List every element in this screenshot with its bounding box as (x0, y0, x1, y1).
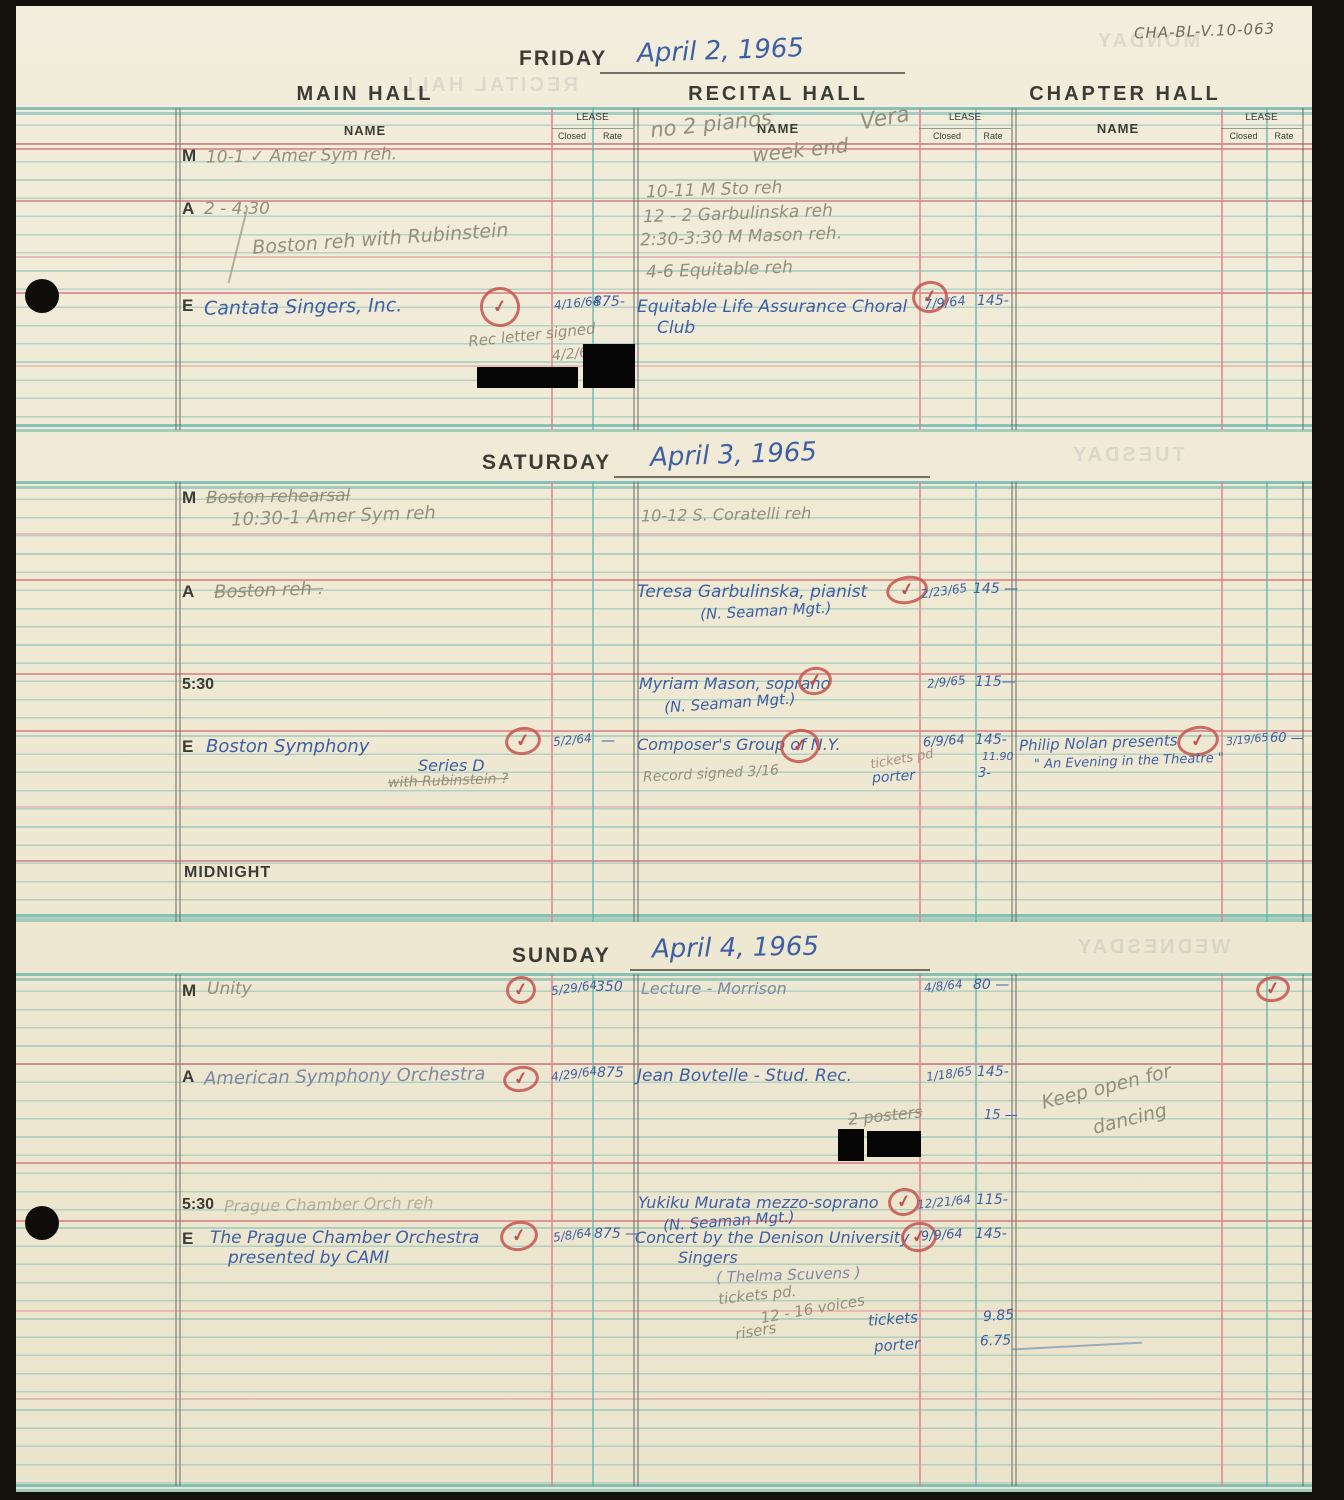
column-rule (1266, 974, 1268, 1486)
lease-closed-date: 9/9/64 (921, 1227, 964, 1245)
row-label-morning: M (182, 488, 196, 508)
lease-header-rule (552, 128, 633, 129)
column-rule (179, 482, 181, 922)
section-border (16, 973, 1312, 976)
entry-handwriting: Unity (207, 979, 252, 999)
column-rule (592, 482, 594, 922)
hall-header-recital: RECITAL HALL (637, 83, 919, 106)
row-divider (16, 1398, 1312, 1400)
entry-handwriting: Equitable Life Assurance Choral (637, 297, 907, 317)
column-rule (1011, 482, 1013, 922)
row-label-afternoon: A (182, 582, 194, 602)
day-title-friday: FRIDAY (519, 47, 607, 71)
lease-rate: 145 — (973, 581, 1018, 597)
closed-column-header: Closed (919, 131, 975, 141)
section-border (16, 914, 1312, 917)
redaction-box (477, 367, 578, 388)
rate-column-header: Rate (1266, 131, 1302, 141)
rate-column-header: Rate (975, 131, 1011, 141)
column-rule (175, 974, 177, 1486)
column-rule (919, 108, 921, 430)
row-divider (16, 1063, 1312, 1065)
date-underline (614, 476, 930, 478)
entry-handwriting: Teresa Garbulinska, pianist (637, 582, 867, 602)
column-rule (1302, 482, 1304, 922)
lease-header-rule (1221, 128, 1302, 129)
section-border (16, 424, 1312, 427)
row-divider (16, 1310, 1312, 1312)
section-border (16, 1484, 1312, 1487)
lease-rate: 145- (975, 1226, 1007, 1242)
column-rule (1221, 108, 1223, 430)
row-label-530: 5:30 (182, 1196, 214, 1214)
date-underline (600, 72, 905, 74)
entry-handwriting: 10-1 ✓ Amer Sym reh. (206, 144, 397, 167)
entry-note: porter (873, 1334, 920, 1355)
lease-rate: 145- (975, 732, 1007, 748)
lease-rate-extra: 15 — (984, 1108, 1018, 1123)
column-rule (1011, 974, 1013, 1486)
row-label-530: 5:30 (182, 676, 214, 694)
hall-header-chapter: CHAPTER HALL (1015, 83, 1235, 106)
row-divider (16, 806, 1312, 808)
lease-column-header: LEASE (919, 112, 1011, 123)
column-rule (975, 108, 977, 430)
column-rule (551, 482, 553, 922)
column-rule (1015, 974, 1017, 1486)
row-label-afternoon: A (182, 199, 194, 219)
closed-column-header: Closed (1221, 131, 1266, 141)
lease-rate: 145- (977, 293, 1009, 309)
lease-rate: 80 — (973, 977, 1009, 993)
entry-handwriting: Boston Symphony (206, 736, 369, 757)
row-divider (16, 256, 1312, 258)
column-rule (179, 974, 181, 1486)
day-title-sunday: SUNDAY (512, 944, 611, 968)
entry-handwriting: 10-12 S. Coratelli reh (641, 504, 812, 526)
entry-handwriting: Club (657, 318, 695, 338)
column-rule (179, 108, 181, 430)
row-divider (16, 730, 1312, 732)
row-divider (16, 292, 1312, 294)
redaction-box (583, 344, 635, 388)
entry-handwriting: Concert by the Denison University (635, 1228, 910, 1247)
lease-rate: 60 — (1270, 731, 1304, 746)
bleed-through-text: TUESDAY (1070, 444, 1185, 467)
fee-amount: 9.85 (982, 1307, 1014, 1325)
entry-handwriting: Cantata Singers, Inc. (204, 294, 403, 319)
column-rule (637, 482, 639, 922)
row-label-midnight: MIDNIGHT (184, 864, 271, 882)
entry-struck: Boston rehearsal (206, 486, 351, 509)
row-label-afternoon: A (182, 1067, 194, 1087)
lease-header-rule (919, 128, 1011, 129)
lease-closed-date: 6/9/64 (923, 733, 966, 751)
fee-amount: 6.75 (980, 1332, 1012, 1349)
entry-handwriting: presented by CAMI (228, 1248, 389, 1268)
lease-rate-extra: 3- (978, 766, 991, 781)
redaction-box (838, 1129, 864, 1161)
column-rule (1266, 482, 1268, 922)
row-divider (16, 1162, 1312, 1164)
column-rule (919, 482, 921, 922)
row-label-evening: E (182, 1229, 193, 1249)
lease-rate: 350 (596, 979, 623, 995)
row-label-morning: M (182, 146, 196, 166)
lease-rate: 875 (597, 1065, 624, 1081)
lease-column-header: LEASE (1221, 112, 1302, 123)
entry-handwriting: Lecture - Morrison (641, 979, 787, 998)
column-rule (637, 108, 639, 430)
entry-note: tickets (867, 1308, 918, 1329)
column-rule (175, 482, 177, 922)
column-rule (975, 482, 977, 922)
entry-handwriting: The Prague Chamber Orchestra (210, 1228, 479, 1248)
day-date-saturday: April 3, 1965 (650, 437, 818, 473)
column-rule (1221, 974, 1223, 1486)
column-rule (1302, 974, 1304, 1486)
row-divider (16, 579, 1312, 581)
redaction-box (867, 1131, 921, 1157)
column-rule (1221, 482, 1223, 922)
column-rule (1015, 108, 1017, 430)
entry-handwriting: Jean Bovtelle - Stud. Rec. (637, 1066, 852, 1086)
hall-header-main: MAIN HALL (179, 83, 551, 106)
column-rule (1302, 108, 1304, 430)
entry-struck: Boston reh . (214, 578, 324, 603)
row-divider (16, 365, 1312, 367)
name-column-header: NAME (179, 123, 551, 138)
day-date-friday: April 2, 1965 (637, 33, 805, 69)
lease-rate: 115- (976, 1192, 1008, 1208)
row-label-evening: E (182, 296, 193, 316)
column-rule (1266, 108, 1268, 430)
lease-column-header: LEASE (552, 112, 633, 123)
rate-column-header: Rate (592, 131, 633, 141)
name-column-header: NAME (1015, 121, 1221, 136)
day-date-sunday: April 4, 1965 (652, 932, 819, 965)
column-rule (175, 108, 177, 430)
day-title-saturday: SATURDAY (482, 451, 611, 475)
hole-punch (25, 279, 59, 313)
entry-note: porter (871, 768, 915, 787)
section-border (16, 481, 1312, 484)
lease-rate: 875 — (594, 1226, 639, 1242)
row-divider (16, 143, 1312, 145)
section-border (16, 107, 1312, 110)
row-divider (16, 860, 1312, 862)
date-underline (630, 969, 930, 971)
lease-rate: 115— (975, 674, 1016, 690)
lease-rate-extra: 11.90 (982, 750, 1014, 763)
row-label-evening: E (182, 737, 193, 757)
hole-punch (25, 1206, 59, 1240)
entry-handwriting: 2 - 4:30 (204, 199, 270, 219)
lease-rate: 145- (977, 1064, 1009, 1080)
scanned-ledger-page: { "page": { "archive_ref": "CHA-BL-V.10-… (0, 0, 1344, 1500)
row-label-morning: M (182, 981, 196, 1001)
column-rule (1011, 108, 1013, 430)
closed-column-header: Closed (552, 131, 592, 141)
row-divider (16, 533, 1312, 535)
column-rule (633, 482, 635, 922)
column-rule (1015, 482, 1017, 922)
bleed-through-text: WEDNESDAY (1075, 936, 1230, 959)
entry-handwriting: Singers (678, 1248, 738, 1267)
lease-rate: — (601, 733, 615, 749)
entry-handwriting: Prague Chamber Orch reh (224, 1193, 434, 1216)
lease-rate: 875- (593, 294, 625, 310)
